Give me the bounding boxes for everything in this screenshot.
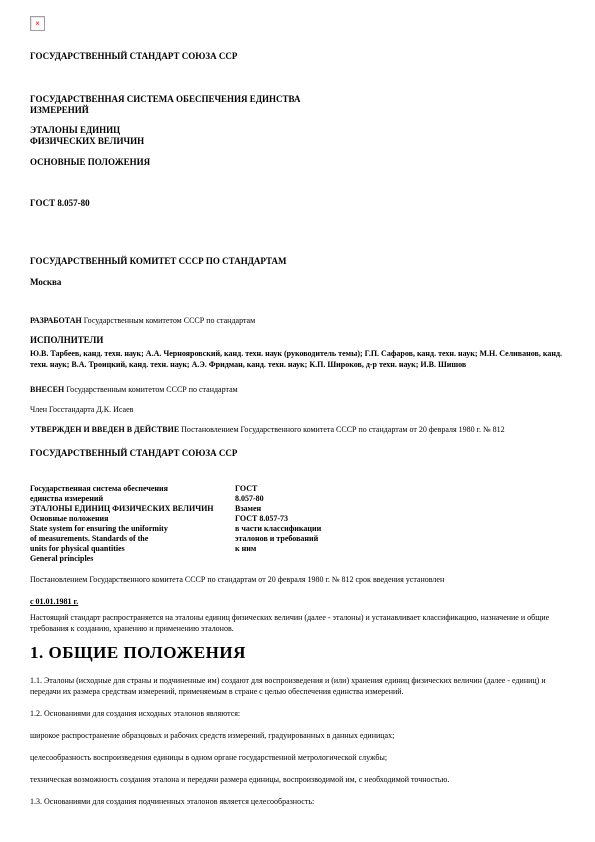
standard-heading-top: ГОСУДАРСТВЕННЫЙ СТАНДАРТ СОЮЗА ССР xyxy=(30,51,565,62)
title-block: Государственная система обеспеченияединс… xyxy=(30,484,565,564)
title-block-right-column: ГОСТ8.057-80ВзаменГОСТ 8.057-73в части к… xyxy=(235,484,321,554)
text-line: Основные положения xyxy=(30,514,235,524)
approved-label: УТВЕРЖДЕН И ВВЕДЕН В ДЕЙСТВИЕ xyxy=(30,425,179,434)
text-line: Взамен xyxy=(235,504,321,514)
text-line: ГОСТ 8.057-73 xyxy=(235,514,321,524)
submitted-label: ВНЕСЕН xyxy=(30,385,64,394)
subject-title: ЭТАЛОНЫ ЕДИНИЦФИЗИЧЕСКИХ ВЕЛИЧИН xyxy=(30,125,565,147)
city-line: Москва xyxy=(30,277,565,288)
committee-heading: ГОСУДАРСТВЕННЫЙ КОМИТЕТ СССР ПО СТАНДАРТ… xyxy=(30,256,565,267)
gosstandart-member-line: Член Госстандарта Д.К. Исаев xyxy=(30,404,565,415)
text-line: units for physical quantities xyxy=(30,544,235,554)
broken-image-x-glyph: × xyxy=(35,20,40,28)
clause-1-3: 1.3. Основаниями для создания подчиненны… xyxy=(30,796,565,807)
document-page: × ГОСУДАРСТВЕННЫЙ СТАНДАРТ СОЮЗА ССР ГОС… xyxy=(0,0,595,842)
text-line: ГОСТ xyxy=(235,484,321,494)
text-line: единства измерений xyxy=(30,494,235,504)
subtitle: ОСНОВНЫЕ ПОЛОЖЕНИЯ xyxy=(30,157,565,168)
text-line: ИЗМЕРЕНИЙ xyxy=(30,105,565,116)
text-line: 8.057-80 xyxy=(235,494,321,504)
standard-designation: ГОСТ 8.057-80 xyxy=(30,198,565,209)
scope-paragraph: Настоящий стандарт распространяется на э… xyxy=(30,612,565,634)
approved-text: Постановлением Государственного комитета… xyxy=(179,425,505,434)
resolution-paragraph: Постановлением Государственного комитета… xyxy=(30,574,565,585)
text-line: State system for ensuring the uniformity xyxy=(30,524,235,534)
text-line: ЭТАЛОНЫ ЕДИНИЦ xyxy=(30,125,565,136)
clause-1-1: 1.1. Эталоны (исходные для страны и подч… xyxy=(30,675,565,697)
title-block-left-column: Государственная система обеспеченияединс… xyxy=(30,484,235,564)
approved-paragraph: УТВЕРЖДЕН И ВВЕДЕН В ДЕЙСТВИЕ Постановле… xyxy=(30,424,565,435)
text-line: в части классификации xyxy=(235,524,321,534)
text-line: General principles xyxy=(30,554,235,564)
text-line: of measurements. Standards of the xyxy=(30,534,235,544)
effective-date: с 01.01.1981 г. xyxy=(30,596,565,607)
developed-label: РАЗРАБОТАН xyxy=(30,316,82,325)
executors-paragraph: Ю.В. Тарбеев, канд. техн. наук; А.А. Чер… xyxy=(30,348,565,370)
clause-1-2-item-3: техническая возможность создания эталона… xyxy=(30,774,565,785)
developed-text: Государственным комитетом СССР по станда… xyxy=(82,316,255,325)
text-line: Государственная система обеспечения xyxy=(30,484,235,494)
developed-paragraph: РАЗРАБОТАН Государственным комитетом ССС… xyxy=(30,315,565,326)
broken-image-icon: × xyxy=(30,16,45,31)
section-1-heading: 1. ОБЩИЕ ПОЛОЖЕНИЯ xyxy=(30,642,565,664)
clause-1-2-item-2: целесообразность воспроизведения единицы… xyxy=(30,752,565,763)
system-title: ГОСУДАРСТВЕННАЯ СИСТЕМА ОБЕСПЕЧЕНИЯ ЕДИН… xyxy=(30,94,565,116)
standard-heading-titleblock: ГОСУДАРСТВЕННЫЙ СТАНДАРТ СОЮЗА ССР xyxy=(30,448,565,459)
text-line: ЭТАЛОНЫ ЕДИНИЦ ФИЗИЧЕСКИХ ВЕЛИЧИН xyxy=(30,504,235,514)
submitted-text: Государственным комитетом СССР по станда… xyxy=(64,385,237,394)
submitted-paragraph: ВНЕСЕН Государственным комитетом СССР по… xyxy=(30,384,565,395)
clause-1-2-item-1: широкое распространение образцовых и раб… xyxy=(30,730,565,741)
text-line: эталонов и требований xyxy=(235,534,321,544)
text-line: ГОСУДАРСТВЕННАЯ СИСТЕМА ОБЕСПЕЧЕНИЯ ЕДИН… xyxy=(30,94,565,105)
text-line: к ним xyxy=(235,544,321,554)
clause-1-2: 1.2. Основаниями для создания исходных э… xyxy=(30,708,565,719)
text-line: ФИЗИЧЕСКИХ ВЕЛИЧИН xyxy=(30,136,565,147)
executors-label: ИСПОЛНИТЕЛИ xyxy=(30,335,565,346)
